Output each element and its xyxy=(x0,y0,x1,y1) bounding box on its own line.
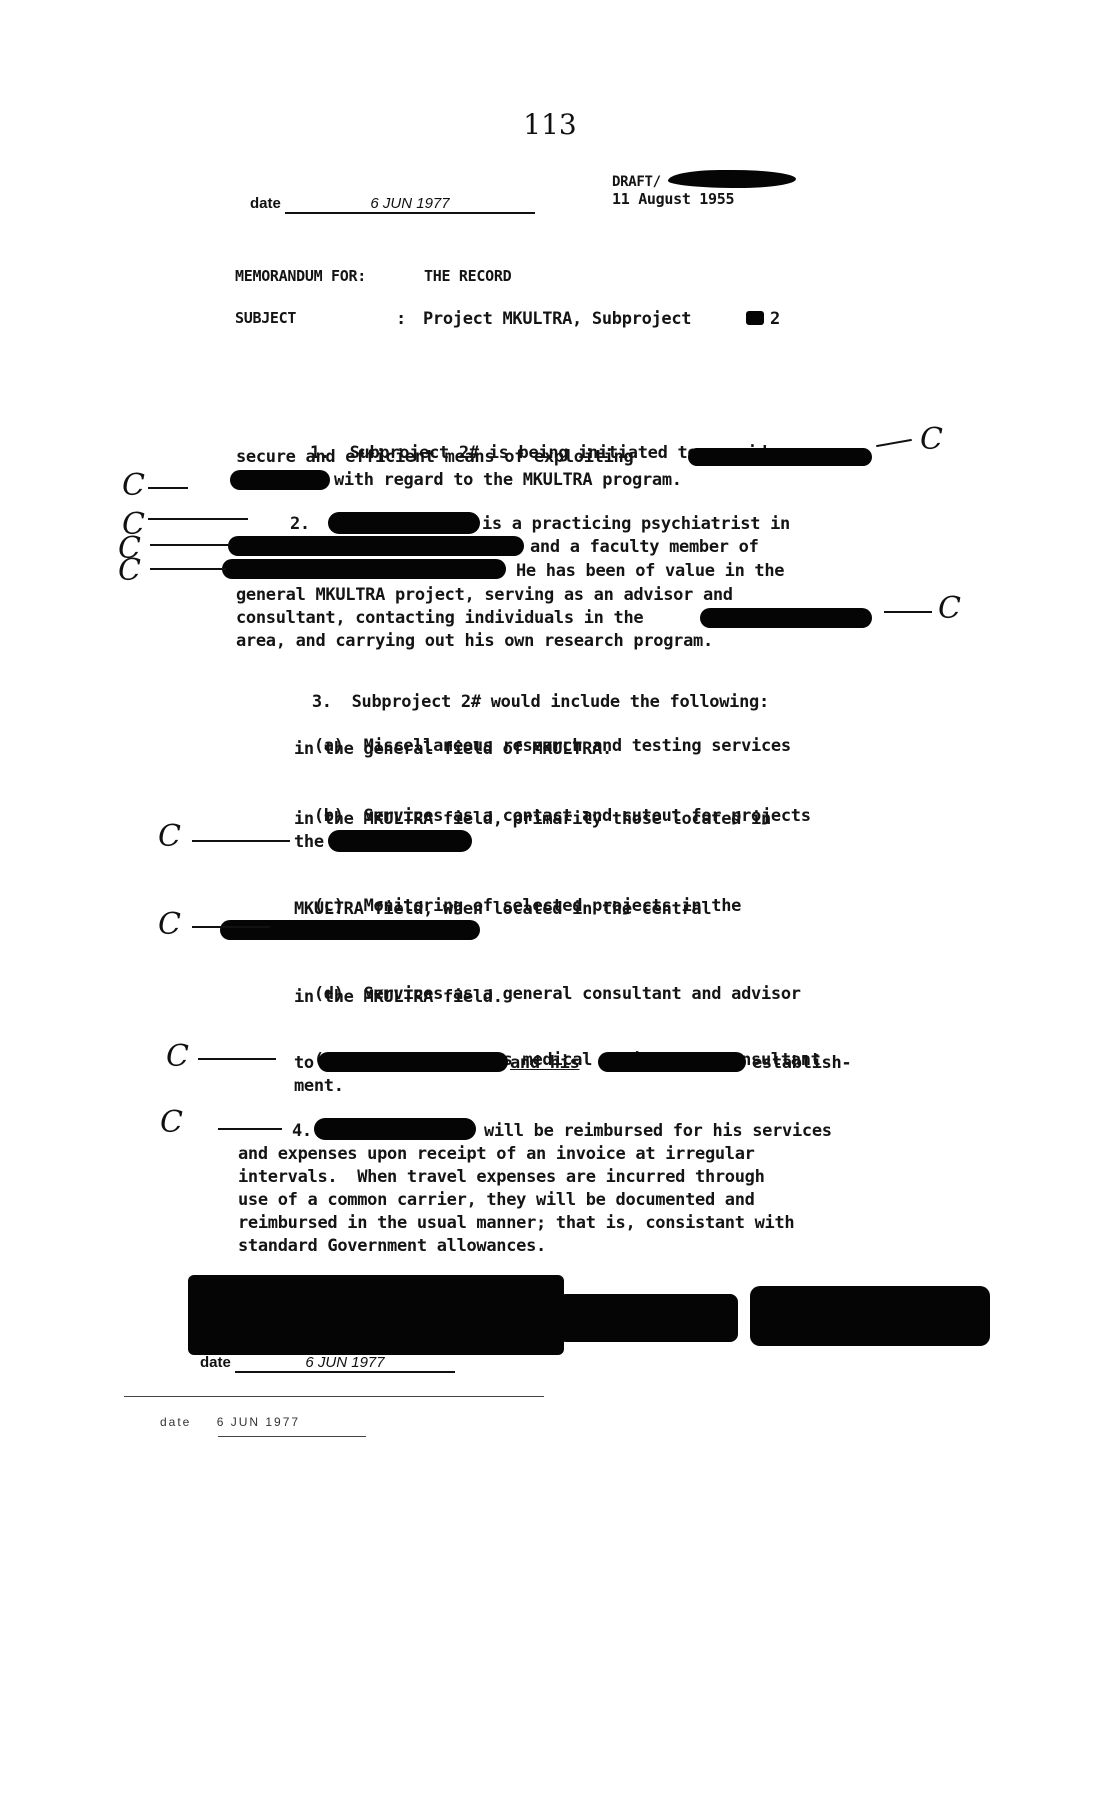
p4-line3: intervals. When travel expenses are incu… xyxy=(238,1167,765,1187)
margin-mark-dash xyxy=(150,568,226,570)
memo-for-label: MEMORANDUM FOR: xyxy=(235,267,366,285)
margin-mark-c: C xyxy=(118,556,141,586)
margin-mark-dash xyxy=(192,840,290,842)
item-e-line3: ment. xyxy=(294,1076,344,1096)
margin-mark-c: C xyxy=(938,594,961,624)
p2-line5: consultant, contacting individuals in th… xyxy=(236,608,643,628)
item-b-line3: the xyxy=(294,832,324,852)
margin-mark-dash xyxy=(192,926,270,928)
header-date-stamp: date 6 JUN 1977 xyxy=(250,195,535,214)
faint-date-stamp: date 6 JUN 1977 xyxy=(160,1415,300,1429)
redaction-item-b xyxy=(328,830,472,852)
margin-mark-dash xyxy=(148,487,188,489)
p3-intro-text: Subproject 2# would include the followin… xyxy=(352,692,769,712)
p4-line5: reimbursed in the usual manner; that is,… xyxy=(238,1213,794,1233)
margin-mark-c: C xyxy=(160,1108,183,1138)
margin-mark-c: C xyxy=(158,822,181,852)
p4-line6: standard Government allowances. xyxy=(238,1236,546,1256)
footer-date-value: 6 JUN 1977 xyxy=(235,1354,455,1373)
item-e-establish: establish- xyxy=(752,1053,851,1073)
date-label: date xyxy=(250,195,281,212)
draft-label: DRAFT/ xyxy=(612,174,661,190)
margin-mark-c: C xyxy=(166,1042,189,1072)
subject-colon: : xyxy=(396,309,406,329)
margin-mark-dash xyxy=(148,518,248,520)
p4-line2: and expenses upon receipt of an invoice … xyxy=(238,1144,755,1164)
redaction-signature-block-3 xyxy=(750,1286,990,1346)
p4-number: 4. xyxy=(292,1121,312,1141)
redaction-draft xyxy=(668,170,796,188)
margin-mark-dash xyxy=(884,611,932,613)
page-number: 113 xyxy=(0,108,1100,141)
redaction-item-e-b xyxy=(598,1052,746,1072)
margin-mark-dash xyxy=(876,439,912,447)
item-e-and-his: and his xyxy=(510,1053,580,1073)
draft-date: 11 August 1955 xyxy=(612,190,734,208)
footer-rule xyxy=(124,1396,544,1397)
margin-mark-dash xyxy=(150,544,230,546)
item-c-line2: MKULTRA field, when located in the centr… xyxy=(294,899,711,919)
p2-number: 2. xyxy=(290,514,310,534)
p1-line2: secure and efficient means of exploiting xyxy=(236,447,633,467)
faint-rule xyxy=(218,1436,366,1437)
p3-intro: 3. Subproject 2# would include the follo… xyxy=(292,672,769,712)
redaction-item-e-a xyxy=(318,1052,508,1072)
redaction-p1-b xyxy=(230,470,330,490)
subject-value: Project MKULTRA, Subproject xyxy=(423,309,691,329)
margin-mark-dash xyxy=(198,1058,276,1060)
redaction-p1-a xyxy=(688,448,872,466)
margin-mark-c: C xyxy=(920,425,943,455)
p4-line1: will be reimbursed for his services xyxy=(484,1121,832,1141)
p2-line6: area, and carrying out his own research … xyxy=(236,631,713,651)
p2-line2: and a faculty member of xyxy=(530,537,759,557)
p3-number: 3. xyxy=(312,692,332,712)
memo-for-value: THE RECORD xyxy=(424,267,511,285)
p4-line4: use of a common carrier, they will be do… xyxy=(238,1190,755,1210)
margin-mark-c: C xyxy=(122,471,145,501)
date-value: 6 JUN 1977 xyxy=(285,195,535,214)
item-e-to: to xyxy=(294,1053,314,1073)
p2-line3: He has been of value in the xyxy=(516,561,784,581)
redaction-p4-name xyxy=(314,1118,476,1140)
item-b-line2: in the MKULTRA field, primarily those lo… xyxy=(294,809,771,829)
item-a-line2: in the general field of MKULTRA. xyxy=(294,739,612,759)
faint-date-value: 6 JUN 1977 xyxy=(217,1415,300,1429)
redaction-p2-institution xyxy=(222,559,506,579)
redaction-item-c xyxy=(220,920,480,940)
redaction-p2-area xyxy=(700,608,872,628)
item-d-line2: in the MKULTRA field. xyxy=(294,987,503,1007)
redaction-subject xyxy=(746,311,764,325)
p2-line1: is a practicing psychiatrist in xyxy=(482,514,790,534)
redaction-signature-block-2 xyxy=(558,1294,738,1342)
redaction-signature-block-1 xyxy=(188,1275,564,1355)
redaction-p2-place xyxy=(228,536,524,556)
footer-date-label: date xyxy=(200,1354,231,1371)
redaction-p2-name xyxy=(328,512,480,534)
faint-date-label: date xyxy=(160,1415,191,1429)
footer-date-stamp: date 6 JUN 1977 xyxy=(200,1354,455,1373)
p1-line3: with regard to the MKULTRA program. xyxy=(334,470,682,490)
subject-number: 2 xyxy=(770,309,780,329)
p2-line4: general MKULTRA project, serving as an a… xyxy=(236,585,733,605)
margin-mark-c: C xyxy=(158,910,181,940)
subject-label: SUBJECT xyxy=(235,309,296,327)
margin-mark-dash xyxy=(218,1128,282,1130)
